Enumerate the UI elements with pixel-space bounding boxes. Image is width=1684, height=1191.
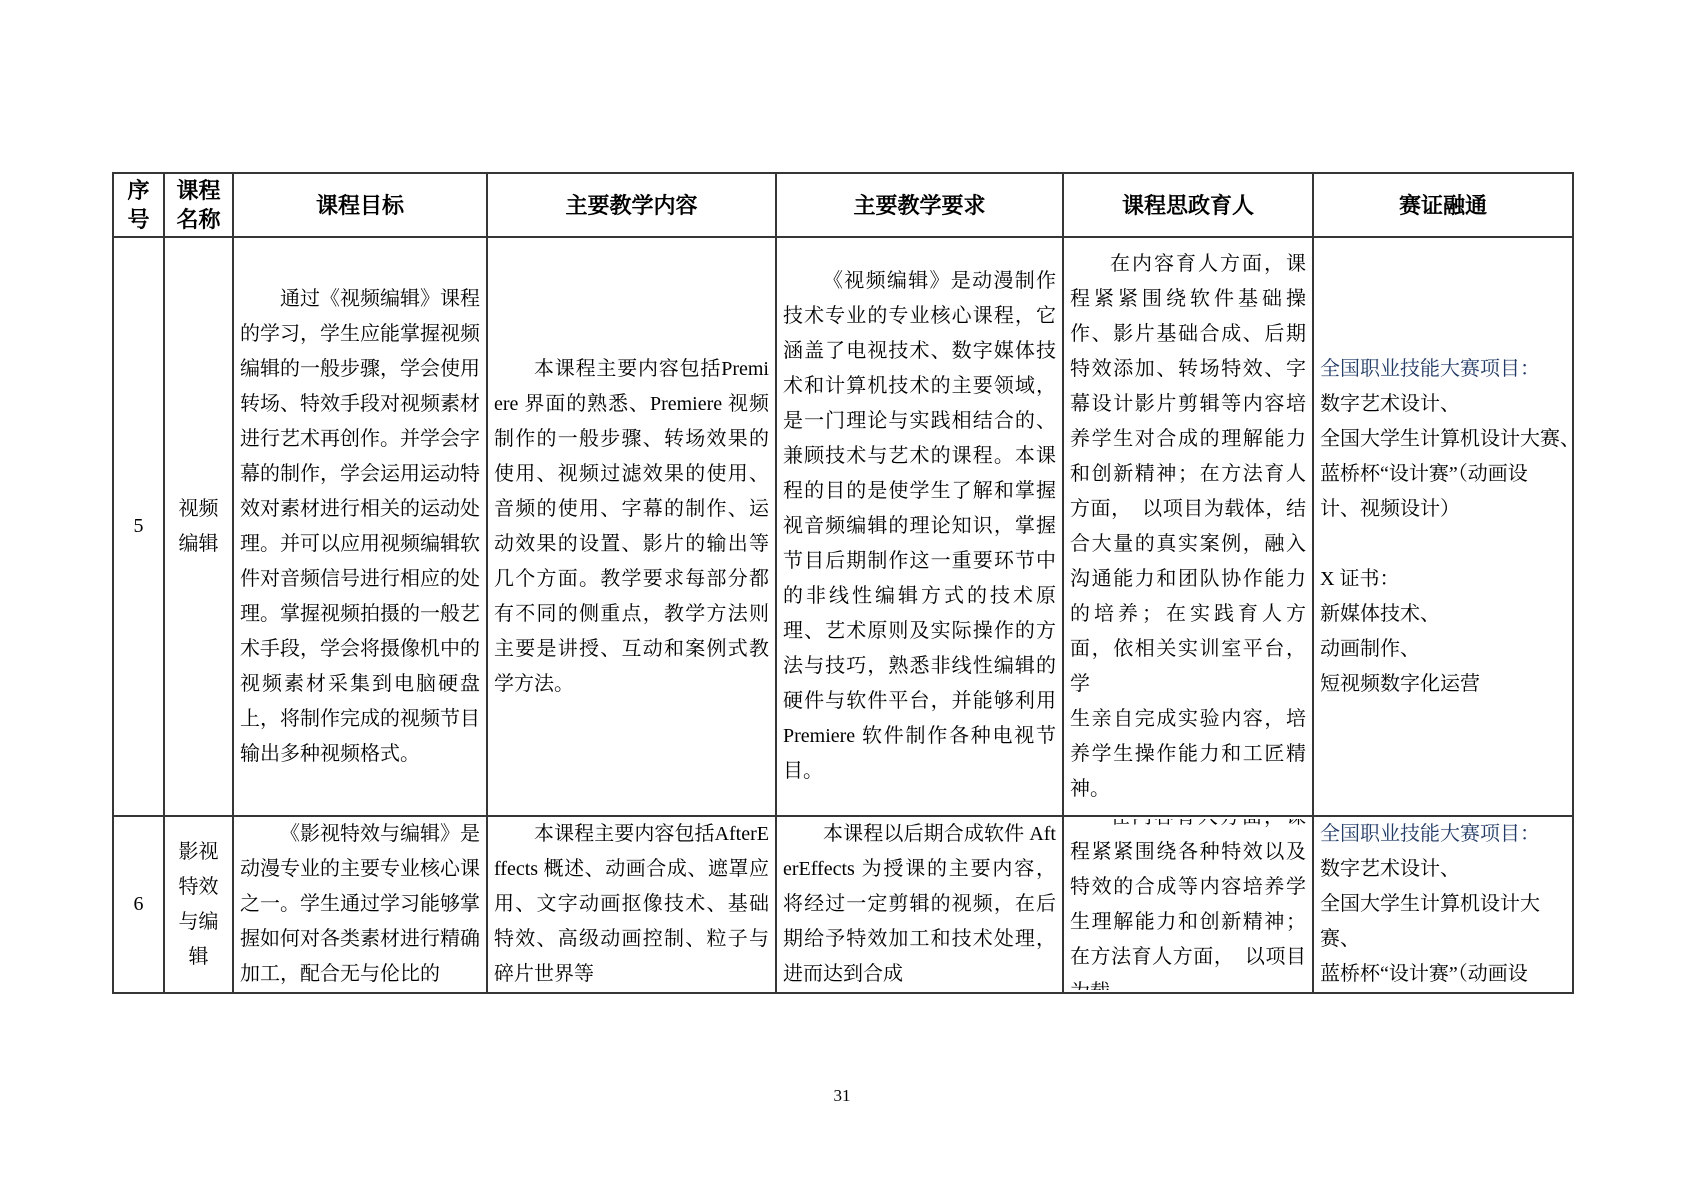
cell-objectives: 《影视特效与编辑》是动漫专业的主要专业核心课之一。学生通过学习能够掌握如何对各类… xyxy=(233,816,487,993)
competition-item: 赛、 xyxy=(1320,922,1566,957)
table-body: 5视频编辑通过《视频编辑》课程的学习，学生应能掌握视频编辑的一般步骤，学会使用转… xyxy=(113,237,1573,993)
competition-item: X 证书： xyxy=(1320,562,1566,597)
cell-course-name: 视频编辑 xyxy=(164,237,233,816)
competition-item: 全国大学生计算机设计大 xyxy=(1320,887,1566,922)
paragraph: 通过《视频编辑》课程的学习，学生应能掌握视频编辑的一般步骤，学会使用转场、特效手… xyxy=(240,282,480,772)
header-no: 序号 xyxy=(113,173,164,237)
cell-no-text: 6 xyxy=(120,887,157,922)
cell-no-text: 5 xyxy=(120,509,157,544)
competition-item: 全国大学生计算机设计大赛、 xyxy=(1320,422,1566,457)
cell-ideology: 在内容育人方面，课程紧紧围绕软件基础操作、影片基础合成、后期特效添加、转场特效、… xyxy=(1063,237,1313,816)
cell-course-name-text: 视频编辑 xyxy=(171,492,226,562)
cell-teaching-content: 本课程主要内容包括Premiere 界面的熟悉、Premiere 视频制作的一般… xyxy=(487,237,776,816)
competition-item: 新媒体技术、 xyxy=(1320,597,1566,632)
paragraph: 本课程以后期合成软件 AfterEffects 为授课的主要内容，将经过一定剪辑… xyxy=(783,819,1056,990)
paragraph: 生亲自完成实验内容，培养学生操作能力和工匠精神。 xyxy=(1070,702,1306,807)
cell-no: 5 xyxy=(113,237,164,816)
cell-teaching-requirements: 《视频编辑》是动漫制作技术专业的专业核心课程，它涵盖了电视技术、数字媒体技术和计… xyxy=(776,237,1063,816)
paragraph: 在内容育人方面，课程紧紧围绕各种特效以及特效的合成等内容培养学生理解能力和创新精… xyxy=(1070,819,1306,990)
competition-item: 计、视频设计） xyxy=(1320,492,1566,527)
competition-heading: 全国职业技能大赛项目： xyxy=(1320,819,1566,852)
table-head: 序号课程名称课程目标主要教学内容主要教学要求课程思政育人赛证融通 xyxy=(113,173,1573,237)
document-page: 序号课程名称课程目标主要教学内容主要教学要求课程思政育人赛证融通 5视频编辑通过… xyxy=(0,0,1684,1191)
paragraph: 《视频编辑》是动漫制作技术专业的专业核心课程，它涵盖了电视技术、数字媒体技术和计… xyxy=(783,264,1056,789)
paragraph: 《影视特效与编辑》是动漫专业的主要专业核心课之一。学生通过学习能够掌握如何对各类… xyxy=(240,819,480,990)
cell-competitions: 全国职业技能大赛项目：数字艺术设计、全国大学生计算机设计大赛、蓝桥杯“设计赛”（… xyxy=(1313,237,1573,816)
competition-item xyxy=(1320,527,1566,562)
header-teaching-content: 主要教学内容 xyxy=(487,173,776,237)
table-row: 6影视特效与编辑《影视特效与编辑》是动漫专业的主要专业核心课之一。学生通过学习能… xyxy=(113,816,1573,993)
page-number: 31 xyxy=(0,1086,1684,1106)
course-table: 序号课程名称课程目标主要教学内容主要教学要求课程思政育人赛证融通 5视频编辑通过… xyxy=(112,172,1574,994)
competition-heading: 全国职业技能大赛项目： xyxy=(1320,352,1566,387)
cell-objectives: 通过《视频编辑》课程的学习，学生应能掌握视频编辑的一般步骤，学会使用转场、特效手… xyxy=(233,237,487,816)
competition-item: 蓝桥杯“设计赛”（动画设 xyxy=(1320,457,1566,492)
competition-item: 蓝桥杯“设计赛”（动画设 xyxy=(1320,957,1566,990)
paragraph: 本课程主要内容包括Premiere 界面的熟悉、Premiere 视频制作的一般… xyxy=(494,352,769,702)
competition-item: 短视频数字化运营 xyxy=(1320,667,1566,702)
paragraph: 在内容育人方面，课程紧紧围绕软件基础操作、影片基础合成、后期特效添加、转场特效、… xyxy=(1070,247,1306,702)
header-competitions: 赛证融通 xyxy=(1313,173,1573,237)
cell-teaching-content: 本课程主要内容包括AfterEffects 概述、动画合成、遮罩应用、文字动画抠… xyxy=(487,816,776,993)
cell-course-name: 影视特效与编辑 xyxy=(164,816,233,993)
competition-item: 动画制作、 xyxy=(1320,632,1566,667)
header-course-name: 课程名称 xyxy=(164,173,233,237)
cell-no: 6 xyxy=(113,816,164,993)
header-ideology: 课程思政育人 xyxy=(1063,173,1313,237)
competition-item: 数字艺术设计、 xyxy=(1320,387,1566,422)
cell-competitions: 全国职业技能大赛项目：数字艺术设计、全国大学生计算机设计大赛、蓝桥杯“设计赛”（… xyxy=(1313,816,1573,993)
cell-ideology: 在内容育人方面，课程紧紧围绕各种特效以及特效的合成等内容培养学生理解能力和创新精… xyxy=(1063,816,1313,993)
paragraph: 本课程主要内容包括AfterEffects 概述、动画合成、遮罩应用、文字动画抠… xyxy=(494,819,769,990)
competition-item: 数字艺术设计、 xyxy=(1320,852,1566,887)
header-teaching-requirements: 主要教学要求 xyxy=(776,173,1063,237)
cell-course-name-text: 影视特效与编辑 xyxy=(171,835,226,975)
header-objectives: 课程目标 xyxy=(233,173,487,237)
table-row: 5视频编辑通过《视频编辑》课程的学习，学生应能掌握视频编辑的一般步骤，学会使用转… xyxy=(113,237,1573,816)
cell-teaching-requirements: 本课程以后期合成软件 AfterEffects 为授课的主要内容，将经过一定剪辑… xyxy=(776,816,1063,993)
